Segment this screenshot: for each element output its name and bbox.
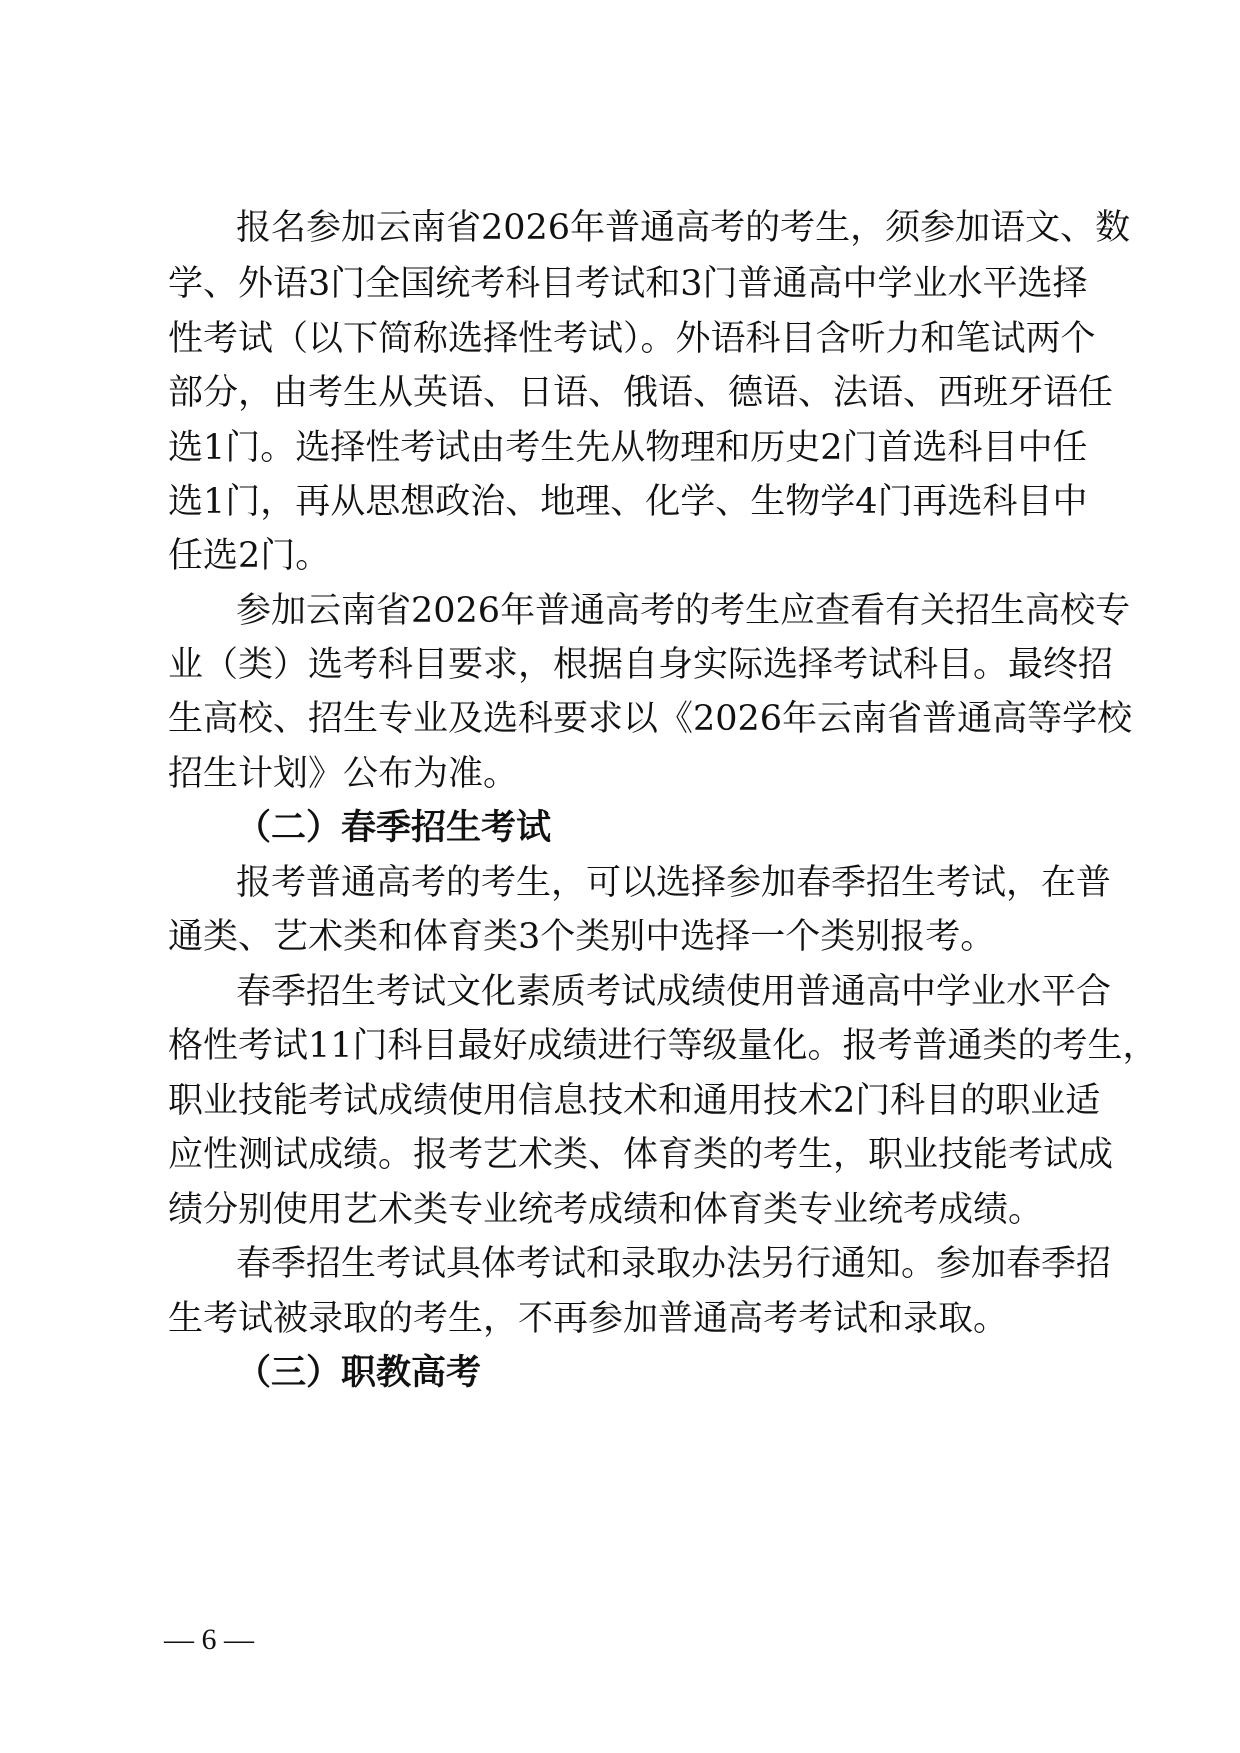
paragraph-line: 绩分别使用艺术类专业统考成绩和体育类专业统考成绩。 — [168, 1180, 1080, 1240]
paragraph-line: 春季招生考试具体考试和录取办法另行通知。参加春季招 — [236, 1234, 1080, 1294]
paragraph-line: 职业技能考试成绩使用信息技术和通用技术2门科目的职业适 — [168, 1071, 1080, 1131]
paragraph-line: 学、外语3门全国统考科目考试和3门普通高中学业水平选择 — [168, 254, 1080, 314]
paragraph-line: 报考普通高考的考生，可以选择参加春季招生考试，在普 — [236, 853, 1080, 913]
paragraph-line: 选1门，再从思想政治、地理、化学、生物学4门再选科目中 — [168, 472, 1080, 532]
paragraph-line: 报名参加云南省2026年普通高考的考生，须参加语文、数 — [236, 198, 1080, 258]
paragraph-line: 生高校、招生专业及选科要求以《2026年云南省普通高等学校 — [168, 689, 1080, 749]
paragraph-line: 性考试（以下简称选择性考试）。外语科目含听力和笔试两个 — [168, 309, 1080, 369]
paragraph-line: 业（类）选考科目要求，根据自身实际选择考试科目。最终招 — [168, 635, 1080, 695]
paragraph-line: 部分，由考生从英语、日语、俄语、德语、法语、西班牙语任 — [168, 363, 1080, 423]
paragraph-line: 生考试被录取的考生，不再参加普通高考考试和录取。 — [168, 1289, 1080, 1349]
paragraph-line: 通类、艺术类和体育类3个类别中选择一个类别报考。 — [168, 907, 1080, 967]
paragraph-line: 应性测试成绩。报考艺术类、体育类的考生，职业技能考试成 — [168, 1125, 1080, 1185]
page-number: — 6 — — [164, 1620, 254, 1660]
paragraph-line: 任选2门。 — [168, 526, 1080, 586]
paragraph-line: 格性考试11门科目最好成绩进行等级量化。报考普通类的考生， — [168, 1016, 1080, 1076]
paragraph-line: 选1门。选择性考试由考生先从物理和历史2门首选科目中任 — [168, 418, 1080, 478]
paragraph-line: 招生计划》公布为准。 — [168, 744, 1080, 804]
section-heading-spring-exam: （二）春季招生考试 — [236, 798, 551, 858]
paragraph-line: 参加云南省2026年普通高考的考生应查看有关招生高校专 — [236, 581, 1080, 641]
document-page: 报名参加云南省2026年普通高考的考生，须参加语文、数 学、外语3门全国统考科目… — [0, 0, 1240, 1753]
paragraph-line: 春季招生考试文化素质考试成绩使用普通高中学业水平合 — [236, 962, 1080, 1022]
section-heading-vocational-exam: （三）职教高考 — [236, 1343, 481, 1403]
